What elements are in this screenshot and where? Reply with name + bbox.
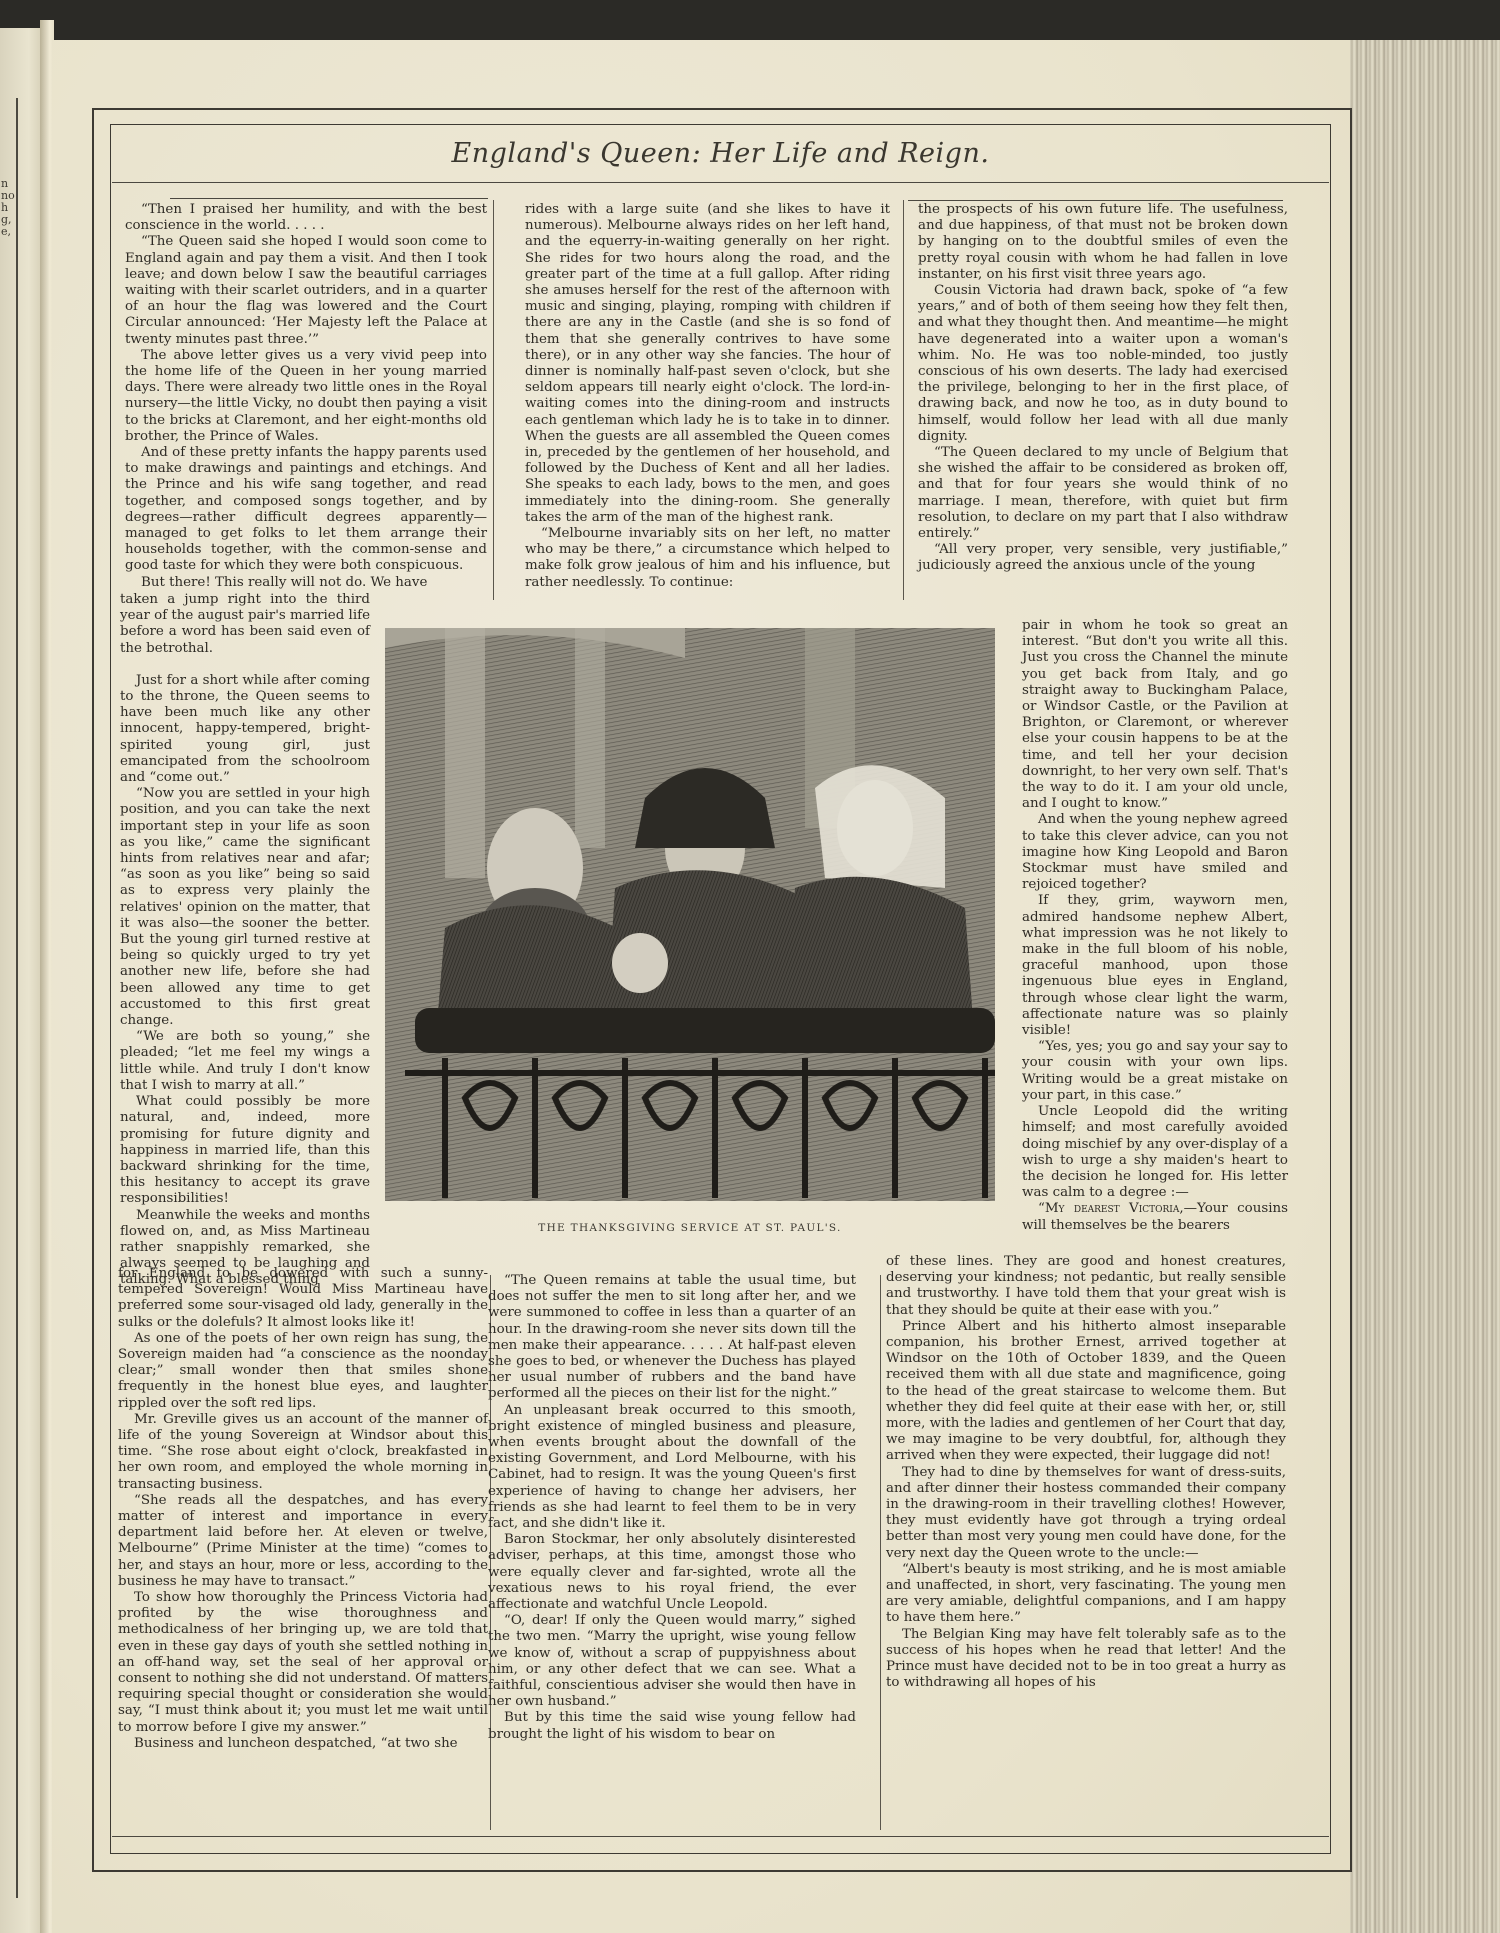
paragraph: Just for a short while after coming to t… (120, 673, 370, 786)
paragraph: “All very proper, very sensible, very ju… (918, 542, 1288, 574)
paragraph: As one of the poets of her own reign has… (118, 1331, 488, 1412)
paragraph: “We are both so young,” she pleaded; “le… (120, 1029, 370, 1094)
column-3-bottom: of these lines. They are good and honest… (886, 1254, 1286, 1691)
fragment-line: e, (1, 226, 15, 238)
column-divider (493, 200, 494, 600)
engraving-illustration (385, 628, 995, 1201)
paragraph: What could possibly be more natural, and… (120, 1094, 370, 1207)
paragraph: The above letter gives us a very vivid p… (125, 348, 487, 445)
paragraph: the prospects of his own future life. Th… (918, 202, 1288, 283)
paragraph: “Melbourne invariably sits on her left, … (525, 526, 890, 591)
column-3-wrap: pair in whom he took so great an interes… (1022, 618, 1288, 1234)
column-2-bottom: “The Queen remains at table the usual ti… (488, 1273, 856, 1743)
paragraph: They had to dine by themselves for want … (886, 1465, 1286, 1562)
paragraph: Business and luncheon despatched, “at tw… (118, 1736, 488, 1752)
column-1-bottom: for England to be dowered with such a su… (118, 1266, 488, 1752)
paragraph: “Albert's beauty is most striking, and h… (886, 1562, 1286, 1627)
letter-salutation: “My dearest Victoria, (1038, 1201, 1184, 1216)
paragraph: But by this time the said wise young fel… (488, 1710, 856, 1742)
paragraph: of these lines. They are good and honest… (886, 1254, 1286, 1319)
paragraph: “The Queen said she hoped I would soon c… (125, 234, 487, 347)
paragraph: The Belgian King may have felt tolerably… (886, 1627, 1286, 1692)
paragraph: pair in whom he took so great an interes… (1022, 618, 1288, 812)
column-rule (908, 200, 1283, 201)
paragraph: for England to be dowered with such a su… (118, 1266, 488, 1331)
paragraph: And of these pretty infants the happy pa… (125, 445, 487, 575)
running-head-title: England's Queen: Her Life and Reign. (112, 138, 1329, 169)
letter-opening: “My dearest Victoria,—Your cousins will … (1022, 1201, 1288, 1233)
paragraph: “Then I praised her humility, and with t… (125, 202, 487, 234)
paragraph: Baron Stockmar, her only absolutely disi… (488, 1532, 856, 1613)
paragraph: “Now you are settled in your high positi… (120, 786, 370, 1029)
page-edges (1350, 40, 1500, 1933)
paragraph: “The Queen declared to my uncle of Belgi… (918, 445, 1288, 542)
paragraph: “Yes, yes; you go and say your say to yo… (1022, 1039, 1288, 1104)
engraving-artwork (385, 628, 995, 1201)
paragraph: Mr. Greville gives us an account of the … (118, 1412, 488, 1493)
header-rule (112, 182, 1329, 183)
column-3-top: the prospects of his own future life. Th… (918, 202, 1288, 575)
illustration-caption: THE THANKSGIVING SERVICE AT ST. PAUL'S. (385, 1222, 995, 1234)
column-divider (880, 1275, 881, 1830)
paragraph: Prince Albert and his hitherto almost in… (886, 1319, 1286, 1465)
paragraph: Uncle Leopold did the writing himself; a… (1022, 1104, 1288, 1201)
column-1-wrap: taken a jump right into the third year o… (120, 592, 370, 1289)
paragraph: rides with a large suite (and she likes … (525, 202, 890, 526)
paragraph: To show how thoroughly the Princess Vict… (118, 1590, 488, 1736)
left-page-frame (0, 98, 18, 1898)
column-1-top: “Then I praised her humility, and with t… (125, 202, 487, 591)
paragraph: taken a jump right into the third year o… (120, 592, 370, 657)
paragraph: “She reads all the despatches, and has e… (118, 1493, 488, 1590)
paragraph: But there! This really will not do. We h… (125, 575, 487, 591)
column-divider (903, 200, 904, 600)
column-rule (170, 198, 488, 199)
paragraph: An unpleasant break occurred to this smo… (488, 1403, 856, 1533)
footer-rule (112, 1836, 1329, 1837)
paragraph: If they, grim, wayworn men, admired hand… (1022, 893, 1288, 1039)
paragraph: Cousin Victoria had drawn back, spoke of… (918, 283, 1288, 445)
column-2-top: rides with a large suite (and she likes … (525, 202, 890, 591)
left-page-text-fragment: n no h g, e, (1, 178, 15, 238)
paragraph: “O, dear! If only the Queen would marry,… (488, 1613, 856, 1710)
paragraph: “The Queen remains at table the usual ti… (488, 1273, 856, 1403)
paragraph: And when the young nephew agreed to take… (1022, 812, 1288, 893)
